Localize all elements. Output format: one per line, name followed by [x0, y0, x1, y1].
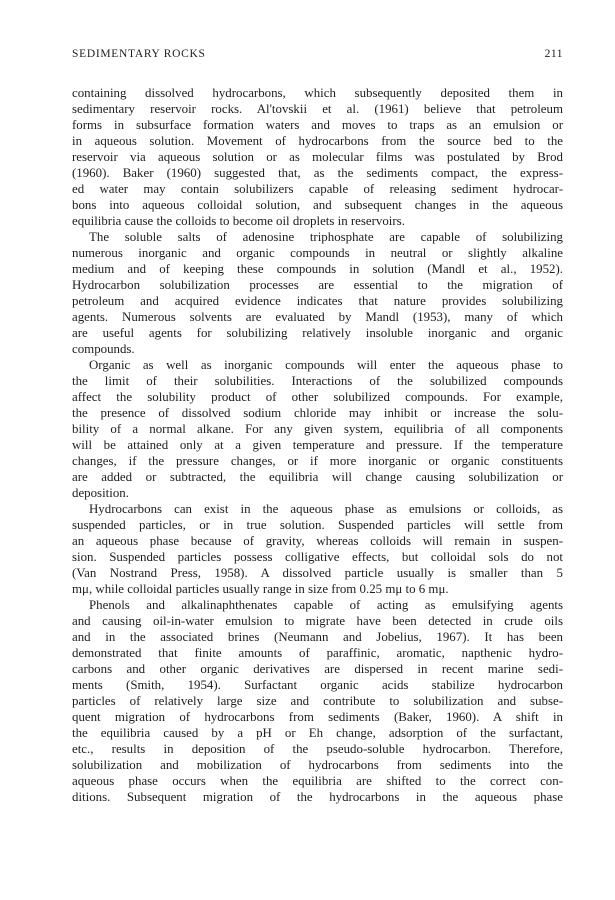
page-number: 211	[545, 47, 563, 61]
text-line: numerous inorganic and organic compounds…	[72, 245, 563, 261]
text-line: aqueous phase occurs when the equilibria…	[72, 773, 563, 789]
paragraph: The soluble salts of adenosine triphosph…	[72, 229, 563, 357]
text-line: sedimentary reservoir rocks. Al'tovskii …	[72, 101, 563, 117]
text-column: containing dissolved hydrocarbons, which…	[72, 85, 563, 805]
text-line: containing dissolved hydrocarbons, which…	[72, 85, 563, 101]
text-line: carbons and other organic derivatives ar…	[72, 661, 563, 677]
text-line: Phenols and alkalinaphthenates capable o…	[72, 597, 563, 613]
book-page: SEDIMENTARY ROCKS 211 containing dissolv…	[0, 0, 615, 900]
text-line: the presence of dissolved sodium chlorid…	[72, 405, 563, 421]
text-line: bons into aqueous colloidal solution, an…	[72, 197, 563, 213]
text-line: particles of relatively large size and c…	[72, 693, 563, 709]
text-line: petroleum and acquired evidence indicate…	[72, 293, 563, 309]
text-line: and causing oil-in-water emulsion to mig…	[72, 613, 563, 629]
text-line: Hydrocarbons can exist in the aqueous ph…	[72, 501, 563, 517]
text-line: reservoir via aqueous solution or as mol…	[72, 149, 563, 165]
text-line: are useful agents for solubilizing relat…	[72, 325, 563, 341]
running-head-title: SEDIMENTARY ROCKS	[72, 47, 206, 61]
text-line: medium and of keeping these compounds in…	[72, 261, 563, 277]
text-line: an aqueous phase because of gravity, whe…	[72, 533, 563, 549]
text-line: affect the solubility product of other s…	[72, 389, 563, 405]
text-line: solubilization and mobilization of hydro…	[72, 757, 563, 773]
text-line: will be attained only at a given tempera…	[72, 437, 563, 453]
text-line: Organic as well as inorganic compounds w…	[72, 357, 563, 373]
paragraph: Hydrocarbons can exist in the aqueous ph…	[72, 501, 563, 597]
text-line: are added or subtracted, the equilibria …	[72, 469, 563, 485]
page-content: SEDIMENTARY ROCKS 211 containing dissolv…	[72, 47, 563, 805]
paragraph: Organic as well as inorganic compounds w…	[72, 357, 563, 501]
text-line: Hydrocarbon solubilization processes are…	[72, 277, 563, 293]
text-line: changes, if the pressure changes, or if …	[72, 453, 563, 469]
text-line: in aqueous solution. Movement of hydroca…	[72, 133, 563, 149]
text-line: The soluble salts of adenosine triphosph…	[72, 229, 563, 245]
paragraph: Phenols and alkalinaphthenates capable o…	[72, 597, 563, 805]
page-header: SEDIMENTARY ROCKS 211	[72, 47, 563, 61]
text-line: (Van Nostrand Press, 1958). A dissolved …	[72, 565, 563, 581]
text-line: ments (Smith, 1954). Surfactant organic …	[72, 677, 563, 693]
text-line: bility of a normal alkane. For any given…	[72, 421, 563, 437]
text-line: equilibria cause the colloids to become …	[72, 213, 563, 229]
text-line: and in the associated brines (Neumann an…	[72, 629, 563, 645]
text-line: agents. Numerous solvents are evaluated …	[72, 309, 563, 325]
text-line: ditions. Subsequent migration of the hyd…	[72, 789, 563, 805]
text-line: etc., results in deposition of the pseud…	[72, 741, 563, 757]
text-line: demonstrated that finite amounts of para…	[72, 645, 563, 661]
text-line: mμ, while colloidal particles usually ra…	[72, 581, 563, 597]
text-line: the equilibria caused by a pH or Eh chan…	[72, 725, 563, 741]
text-line: forms in subsurface formation waters and…	[72, 117, 563, 133]
text-line: (1960). Baker (1960) suggested that, as …	[72, 165, 563, 181]
text-line: ed water may contain solubilizers capabl…	[72, 181, 563, 197]
text-line: quent migration of hydrocarbons from sed…	[72, 709, 563, 725]
text-line: sion. Suspended particles possess collig…	[72, 549, 563, 565]
text-line: compounds.	[72, 341, 563, 357]
paragraph: containing dissolved hydrocarbons, which…	[72, 85, 563, 229]
text-line: deposition.	[72, 485, 563, 501]
text-line: suspended particles, or in true solution…	[72, 517, 563, 533]
text-line: the limit of their solubilities. Interac…	[72, 373, 563, 389]
